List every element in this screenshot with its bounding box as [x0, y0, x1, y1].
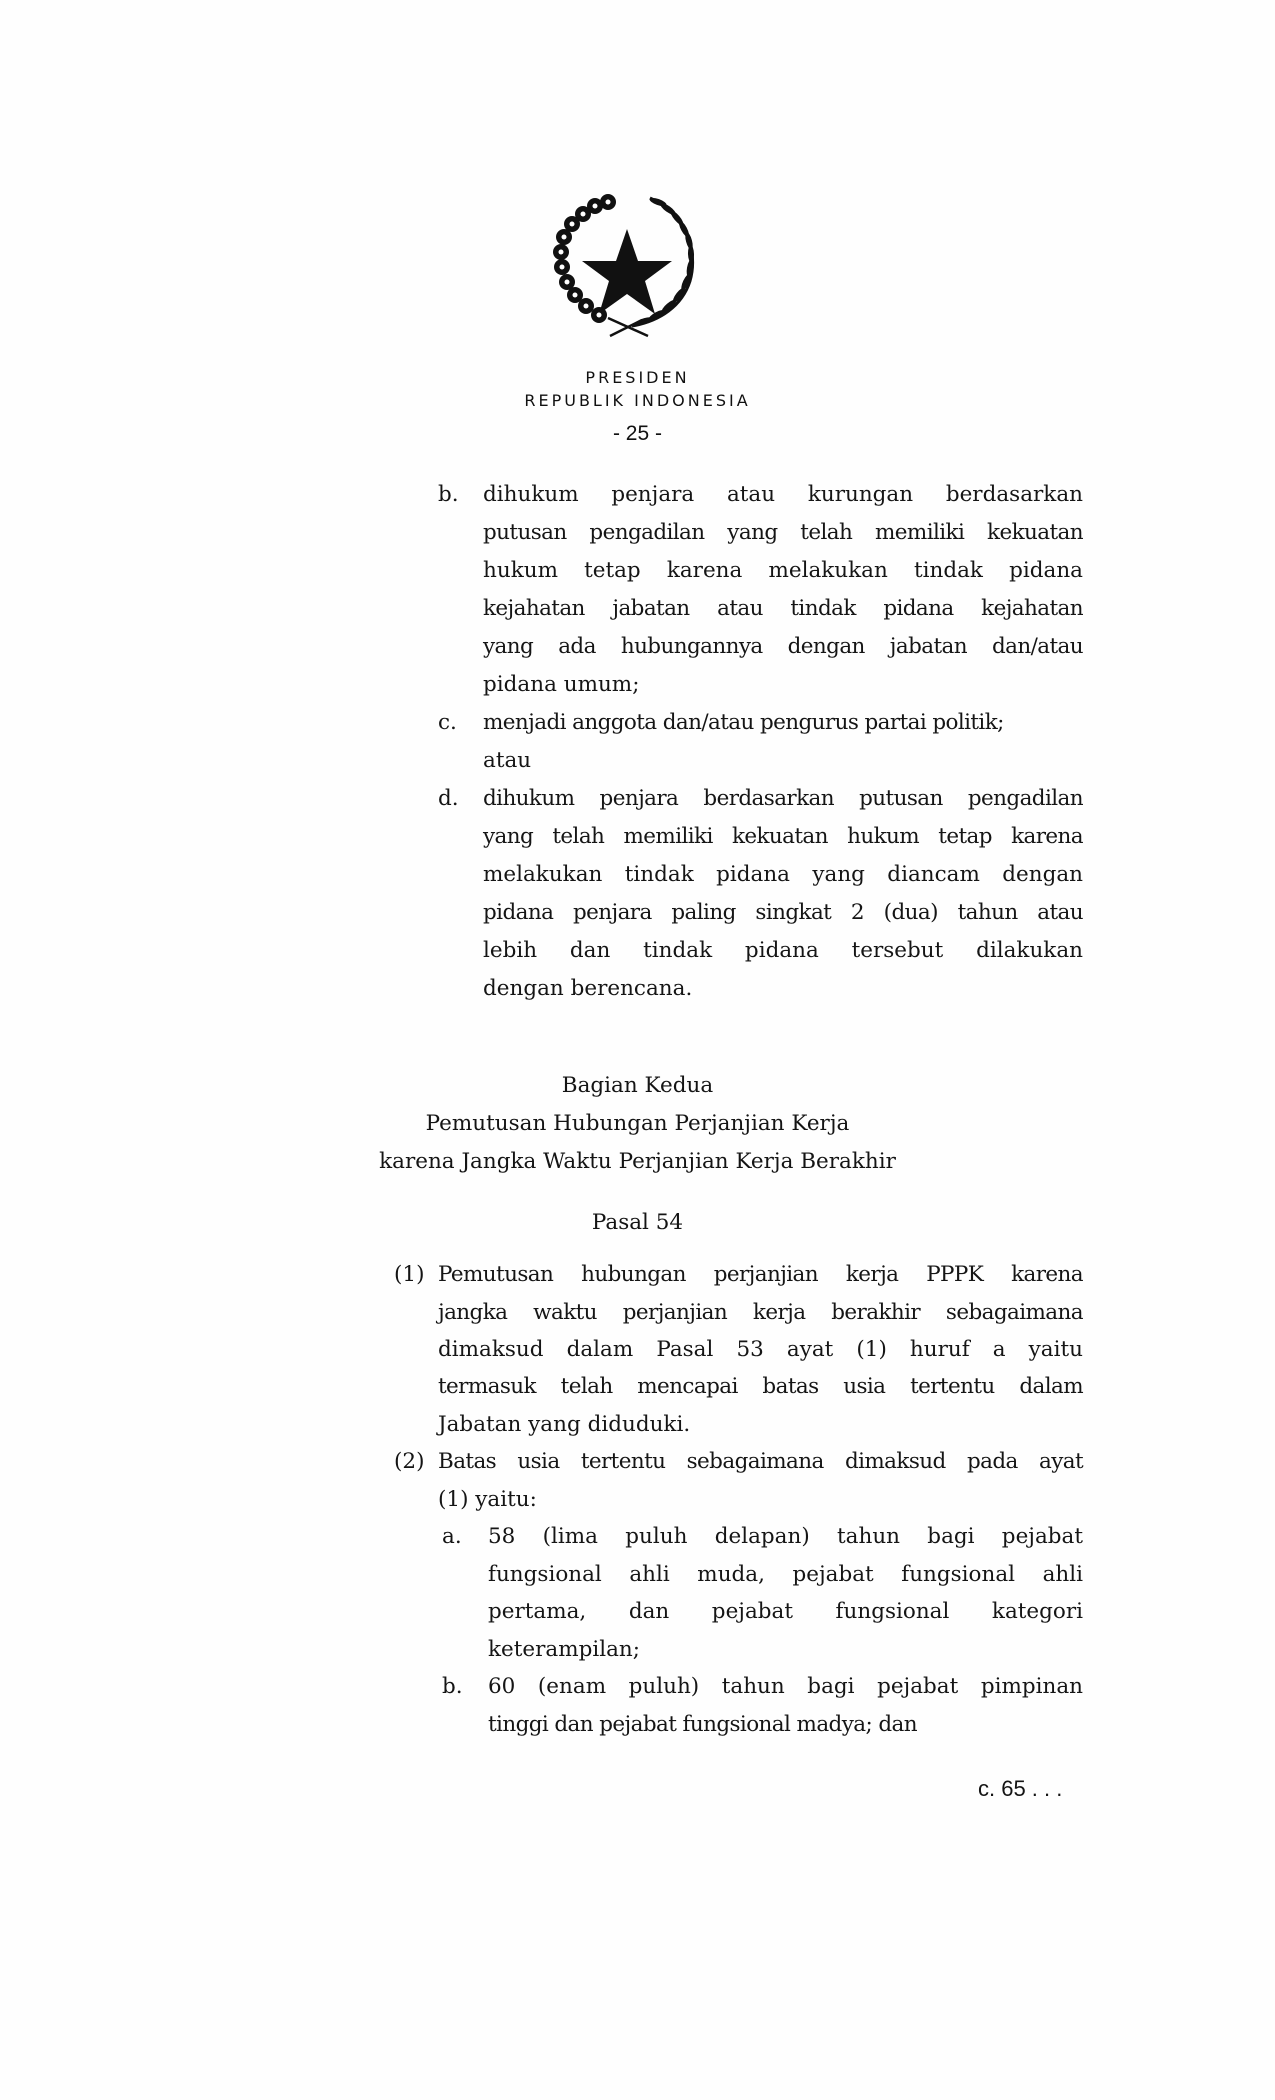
text-line: (1) yaitu:: [438, 1481, 537, 1519]
section-part-heading: Bagian Kedua: [0, 1067, 1275, 1105]
text-line: fungsional ahli muda, pejabat fungsional…: [488, 1556, 1083, 1594]
section-title-line1: Pemutusan Hubungan Perjanjian Kerja: [0, 1105, 1275, 1143]
text-line: dengan berencana.: [483, 970, 692, 1008]
sub-item-label: b.: [442, 1668, 463, 1706]
text-line: termasuk telah mencapai batas usia terte…: [438, 1368, 1083, 1406]
text-line: jangka waktu perjanjian kerja berakhir s…: [438, 1294, 1083, 1332]
header-title-republic: REPUBLIK INDONESIA: [0, 391, 1275, 410]
text-line: melakukan tindak pidana yang diancam den…: [483, 856, 1083, 894]
page-continuation-marker: c. 65 . . .: [978, 1776, 1062, 1802]
text-line: atau: [483, 742, 531, 780]
text-line: Batas usia tertentu sebagaimana dimaksud…: [438, 1443, 1083, 1481]
text-line: pidana penjara paling singkat 2 (dua) ta…: [483, 894, 1083, 932]
text-line: 58 (lima puluh delapan) tahun bagi pejab…: [488, 1518, 1083, 1556]
text-line: pidana umum;: [483, 666, 639, 704]
header-title-president: PRESIDEN: [0, 368, 1275, 387]
text-line: dimaksud dalam Pasal 53 ayat (1) huruf a…: [438, 1331, 1083, 1369]
text-line: lebih dan tindak pidana tersebut dilakuk…: [483, 932, 1083, 970]
text-line: pertama, dan pejabat fungsional kategori: [488, 1593, 1083, 1631]
text-line: keterampilan;: [488, 1631, 640, 1669]
ayat-label: (1): [394, 1256, 424, 1294]
text-line: dihukum penjara atau kurungan berdasarka…: [483, 476, 1083, 514]
text-line: menjadi anggota dan/atau pengurus partai…: [483, 704, 1004, 742]
page-number: - 25 -: [0, 422, 1275, 446]
text-line: yang telah memiliki kekuatan hukum tetap…: [483, 818, 1083, 856]
list-label: b.: [438, 476, 459, 514]
text-line: kejahatan jabatan atau tindak pidana kej…: [483, 590, 1083, 628]
text-line: dihukum penjara berdasarkan putusan peng…: [483, 780, 1083, 818]
list-label: c.: [438, 704, 457, 742]
section-title-line2: karena Jangka Waktu Perjanjian Kerja Ber…: [0, 1143, 1275, 1181]
text-line: hukum tetap karena melakukan tindak pida…: [483, 552, 1083, 590]
presidential-seal-icon: [550, 186, 705, 338]
text-line: tinggi dan pejabat fungsional madya; dan: [488, 1706, 917, 1744]
text-line: Pemutusan hubungan perjanjian kerja PPPK…: [438, 1256, 1083, 1294]
sub-item-label: a.: [442, 1518, 462, 1556]
text-line: putusan pengadilan yang telah memiliki k…: [483, 514, 1083, 552]
article-heading: Pasal 54: [0, 1204, 1275, 1242]
text-line: Jabatan yang diduduki.: [438, 1406, 690, 1444]
ayat-label: (2): [394, 1443, 424, 1481]
text-line: 60 (enam puluh) tahun bagi pejabat pimpi…: [488, 1668, 1083, 1706]
list-label: d.: [438, 780, 459, 818]
text-line: yang ada hubungannya dengan jabatan dan/…: [483, 628, 1083, 666]
